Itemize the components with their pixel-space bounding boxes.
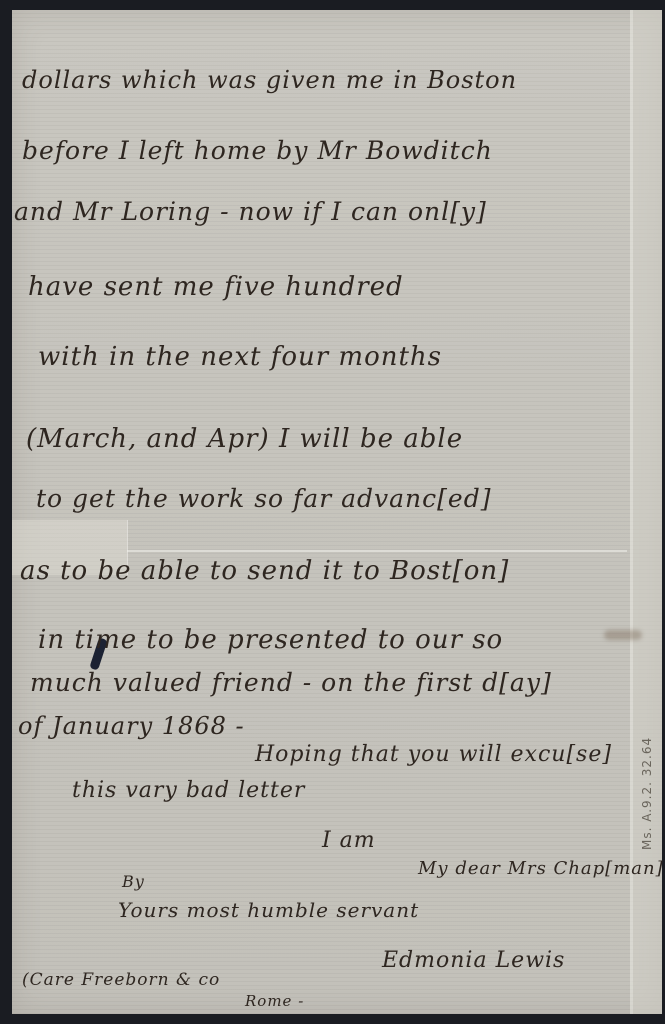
letter-line-13: this vary bad letter (72, 778, 305, 803)
letter-line-6: (March, and Apr) I will be able (26, 424, 463, 454)
ink-stain (604, 630, 642, 640)
letter-line-2: before I left home by Mr Bowditch (22, 136, 493, 165)
letter-line-1: dollars which was given me in Boston (22, 66, 517, 94)
address-line-1: (Care Freeborn & co (22, 970, 220, 990)
letter-line-4: have sent me five hundred (28, 272, 404, 302)
letter-line-3: and Mr Loring - now if I can onl[y] (14, 197, 487, 226)
letter-line-11: of January 1868 - (18, 712, 245, 740)
address-line-2: Rome - (245, 992, 304, 1010)
closing-i-am: I am (322, 828, 376, 853)
letter-line-9: in time to be presented to our so (38, 625, 503, 655)
letter-line-8: as to be able to send it to Bost[on] (20, 556, 509, 586)
paper-crease (127, 550, 627, 552)
letter-line-10: much valued friend - on the first d[ay] (30, 668, 552, 697)
salutation: My dear Mrs Chap[man] (418, 858, 664, 879)
archive-call-number: Ms. A.9.2. 32.64 (640, 737, 654, 850)
letter-line-7: to get the work so far advanc[ed] (36, 484, 491, 513)
closing-servant: Yours most humble servant (118, 898, 419, 922)
letter-line-12: Hoping that you will excu[se] (255, 742, 612, 767)
marginal-note: By (122, 872, 145, 891)
letter-line-5: with in the next four months (38, 342, 442, 372)
signature: Edmonia Lewis (382, 948, 565, 973)
